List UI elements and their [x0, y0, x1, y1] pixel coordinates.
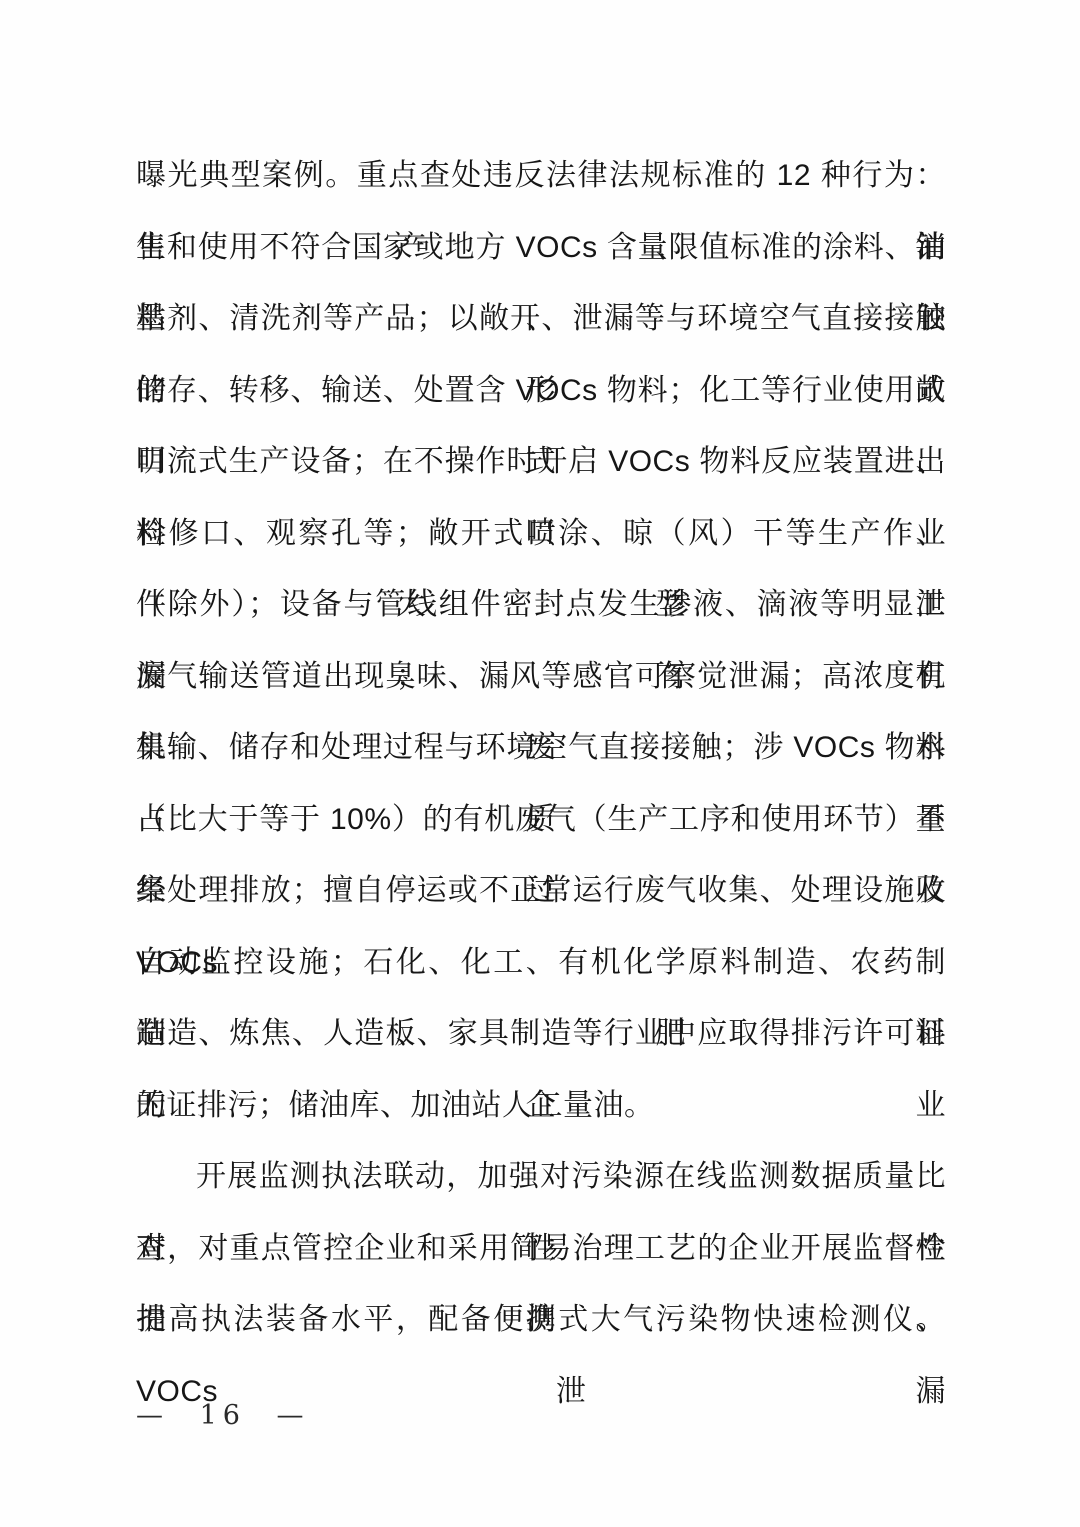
text-line: 提高执法装备水平，配备便携式大气污染物快速检测仪、VOCs 泄漏 [136, 1284, 946, 1356]
text-line: 售和使用不符合国家或地方 VOCs 含量限值标准的涂料、油墨、胶 [136, 212, 946, 284]
text-line-paragraph-start: 开展监测执法联动，加强对污染源在线监测数据质量比对性检 [136, 1141, 946, 1213]
page-number: — 16 — [136, 1400, 310, 1431]
text-line: 占比大于等于 10%）的有机废气（生产工序和使用环节）不经过收 [136, 784, 946, 856]
text-line: 自动监控设施；石化、化工、有机化学原料制造、农药制造、肥料 [136, 927, 946, 999]
text-line: 粘剂、清洗剂等产品；以敞开、泄漏等与环境空气直接接触的形式 [136, 283, 946, 355]
text-line: 检修口、观察孔等；敞开式喷涂、晾（风）干等生产作业（大型工 [136, 498, 946, 570]
text-line: 件除外）；设备与管线组件密封点发生渗液、滴液等明显泄漏；有机 [136, 569, 946, 641]
text-line: 查，对重点管控企业和采用简易治理工艺的企业开展监督性抽测。 [136, 1213, 946, 1285]
document-page: 曝光典型案例。重点查处违反法律法规标准的 12 种行为：生产、销 售和使用不符合… [0, 0, 1080, 1527]
text-line: 曝光典型案例。重点查处违反法律法规标准的 12 种行为：生产、销 [136, 140, 946, 212]
text-line: 制造、炼焦、人造板、家具制造等行业中应取得排污许可证的企业 [136, 998, 946, 1070]
page-body-text: 曝光典型案例。重点查处违反法律法规标准的 12 种行为：生产、销 售和使用不符合… [136, 140, 946, 1356]
text-line: 集输、储存和处理过程与环境空气直接接触；涉 VOCs 物料（质量 [136, 712, 946, 784]
text-line: 明流式生产设备；在不操作时开启 VOCs 物料反应装置进出料口、 [136, 426, 946, 498]
text-line: 储存、转移、输送、处置含 VOCs 物料；化工等行业使用敞口式、 [136, 355, 946, 427]
text-line: 废气输送管道出现臭味、漏风等感官可察觉泄漏；高浓度有机废水 [136, 641, 946, 713]
text-line: 集处理排放；擅自停运或不正常运行废气收集、处理设施及 VOCs [136, 855, 946, 927]
